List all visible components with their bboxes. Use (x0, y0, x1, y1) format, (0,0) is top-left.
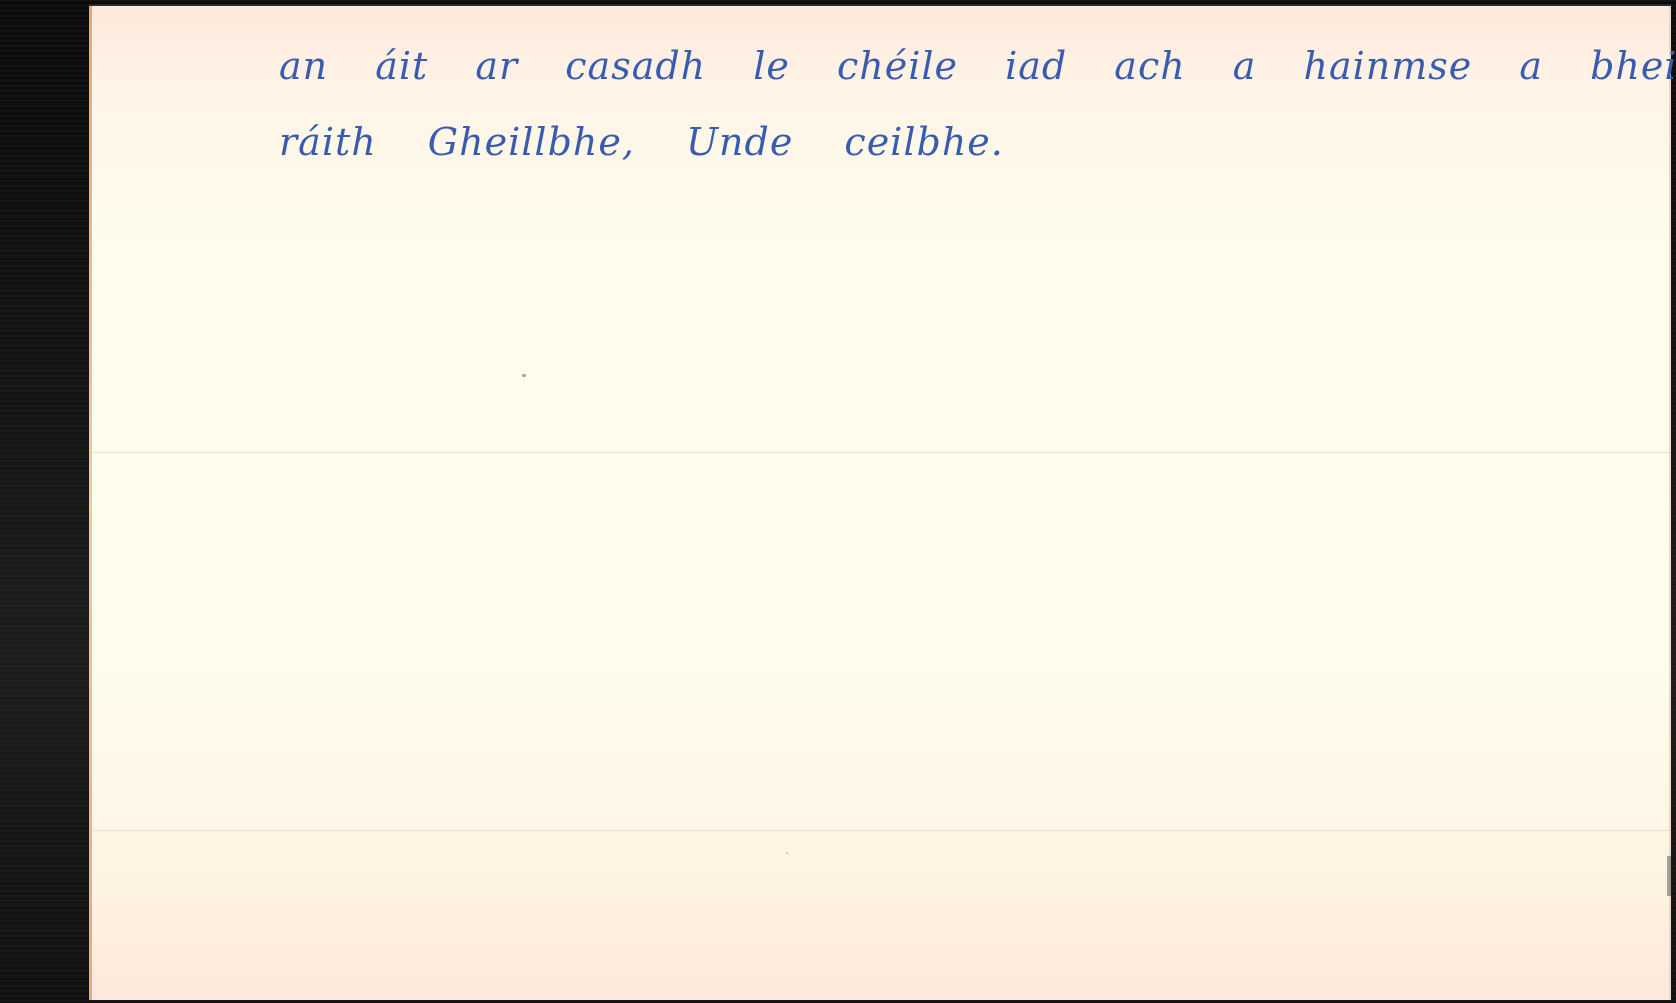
ruled-line (89, 452, 1671, 453)
ink-speck (522, 374, 526, 377)
card-edge (89, 6, 92, 1000)
ink-speck (786, 852, 788, 854)
ruled-line (89, 830, 1671, 831)
handwritten-text: an áit ar casadh le chéile iad ach a hai… (279, 28, 1649, 180)
index-card: an áit ar casadh le chéile iad ach a hai… (89, 4, 1671, 1000)
card-edge-mark (1667, 856, 1671, 896)
handwritten-line-2: ráith Gheillbhe, Unde ceilbhe. (279, 104, 1649, 180)
handwritten-line-1: an áit ar casadh le chéile iad ach a hai… (279, 28, 1649, 104)
